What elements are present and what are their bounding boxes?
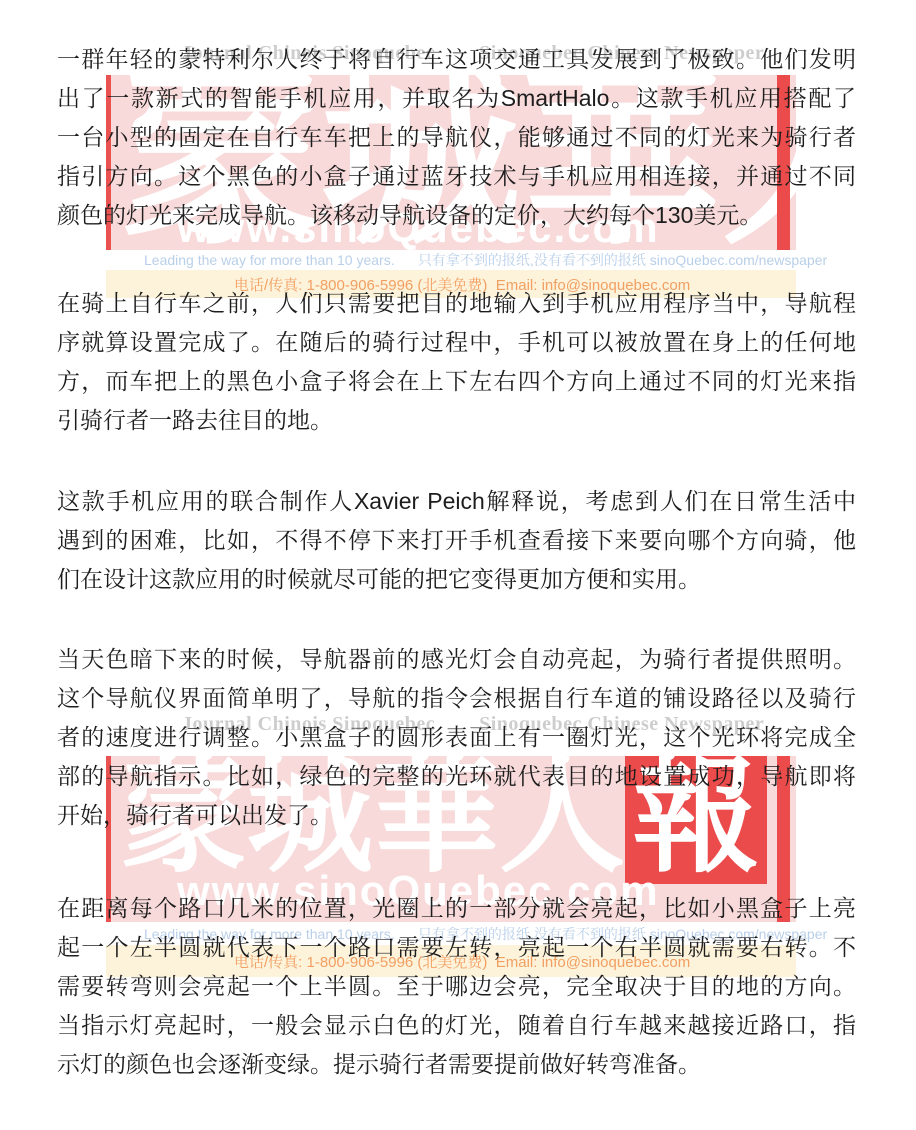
paragraph-line: 这个导航仪界面简单明了，导航的指令会根据自行车道的铺设路径以及骑行 (57, 679, 856, 718)
paragraph-line: 遇到的困难，比如，不得不停下来打开手机查看接下来要向哪个方向骑，他 (57, 521, 856, 560)
paragraph-line: 一台小型的固定在自行车车把上的导航仪，能够通过不同的灯光来为骑行者 (57, 118, 856, 157)
paragraph-line: 开始，骑行者可以出发了。 (57, 796, 856, 835)
paragraph-line: 者的速度进行调整。小黑盒子的圆形表面上有一圈灯光，这个光环将完成全 (57, 718, 856, 757)
paragraph-line: 需要转弯则会亮起一个上半圆。至于哪边会亮，完全取决于目的地的方向。 (57, 967, 856, 1006)
paragraph-1: 一群年轻的蒙特利尔人终于将自行车这项交通工具发展到了极致。他们发明 出了一款新式… (57, 40, 856, 235)
paragraph-line: 在距离每个路口几米的位置，光圈上的一部分就会亮起，比如小黑盒子上亮 (57, 889, 856, 928)
paragraph-line: 在骑上自行车之前，人们只需要把目的地输入到手机应用程序当中，导航程 (57, 284, 856, 323)
paragraph-line: 示灯的颜色也会逐渐变绿。提示骑行者需要提前做好转弯准备。 (57, 1045, 856, 1084)
paragraph-4: 当天色暗下来的时候，导航器前的感光灯会自动亮起，为骑行者提供照明。 这个导航仪界… (57, 640, 856, 835)
paragraph-line: 指引方向。这个黑色的小盒子通过蓝牙技术与手机应用相连接，并通过不同 (57, 157, 856, 196)
paragraph-5: 在距离每个路口几米的位置，光圈上的一部分就会亮起，比如小黑盒子上亮 起一个左半圆… (57, 889, 856, 1084)
paragraph-line: 颜色的灯光来完成导航。该移动导航设备的定价，大约每个130美元。 (57, 196, 856, 235)
paragraph-line: 引骑行者一路去往目的地。 (57, 401, 856, 440)
paragraph-line: 序就算设置完成了。在随后的骑行过程中，手机可以被放置在身上的任何地 (57, 323, 856, 362)
paragraph-line: 当天色暗下来的时候，导航器前的感光灯会自动亮起，为骑行者提供照明。 (57, 640, 856, 679)
paragraph-line: 起一个左半圆就代表下一个路口需要左转，亮起一个右半圆就需要右转。不 (57, 928, 856, 967)
paragraph-line: 这款手机应用的联合制作人Xavier Peich解释说，考虑到人们在日常生活中 (57, 482, 856, 521)
paragraph-line: 出了一款新式的智能手机应用，并取名为SmartHalo。这款手机应用搭配了 (57, 79, 856, 118)
article-body: 一群年轻的蒙特利尔人终于将自行车这项交通工具发展到了极致。他们发明 出了一款新式… (57, 40, 856, 1084)
paragraph-3: 这款手机应用的联合制作人Xavier Peich解释说，考虑到人们在日常生活中 … (57, 482, 856, 599)
paragraph-line: 们在设计这款应用的时候就尽可能的把它变得更加方便和实用。 (57, 560, 856, 599)
paragraph-line: 当指示灯亮起时，一般会显示白色的灯光，随着自行车越来越接近路口，指 (57, 1006, 856, 1045)
paragraph-line: 一群年轻的蒙特利尔人终于将自行车这项交通工具发展到了极致。他们发明 (57, 40, 856, 79)
paragraph-line: 部的导航指示。比如，绿色的完整的光环就代表目的地设置成功，导航即将 (57, 757, 856, 796)
paragraph-line: 方，而车把上的黑色小盒子将会在上下左右四个方向上通过不同的灯光来指 (57, 362, 856, 401)
paragraph-2: 在骑上自行车之前，人们只需要把目的地输入到手机应用程序当中，导航程 序就算设置完… (57, 284, 856, 440)
